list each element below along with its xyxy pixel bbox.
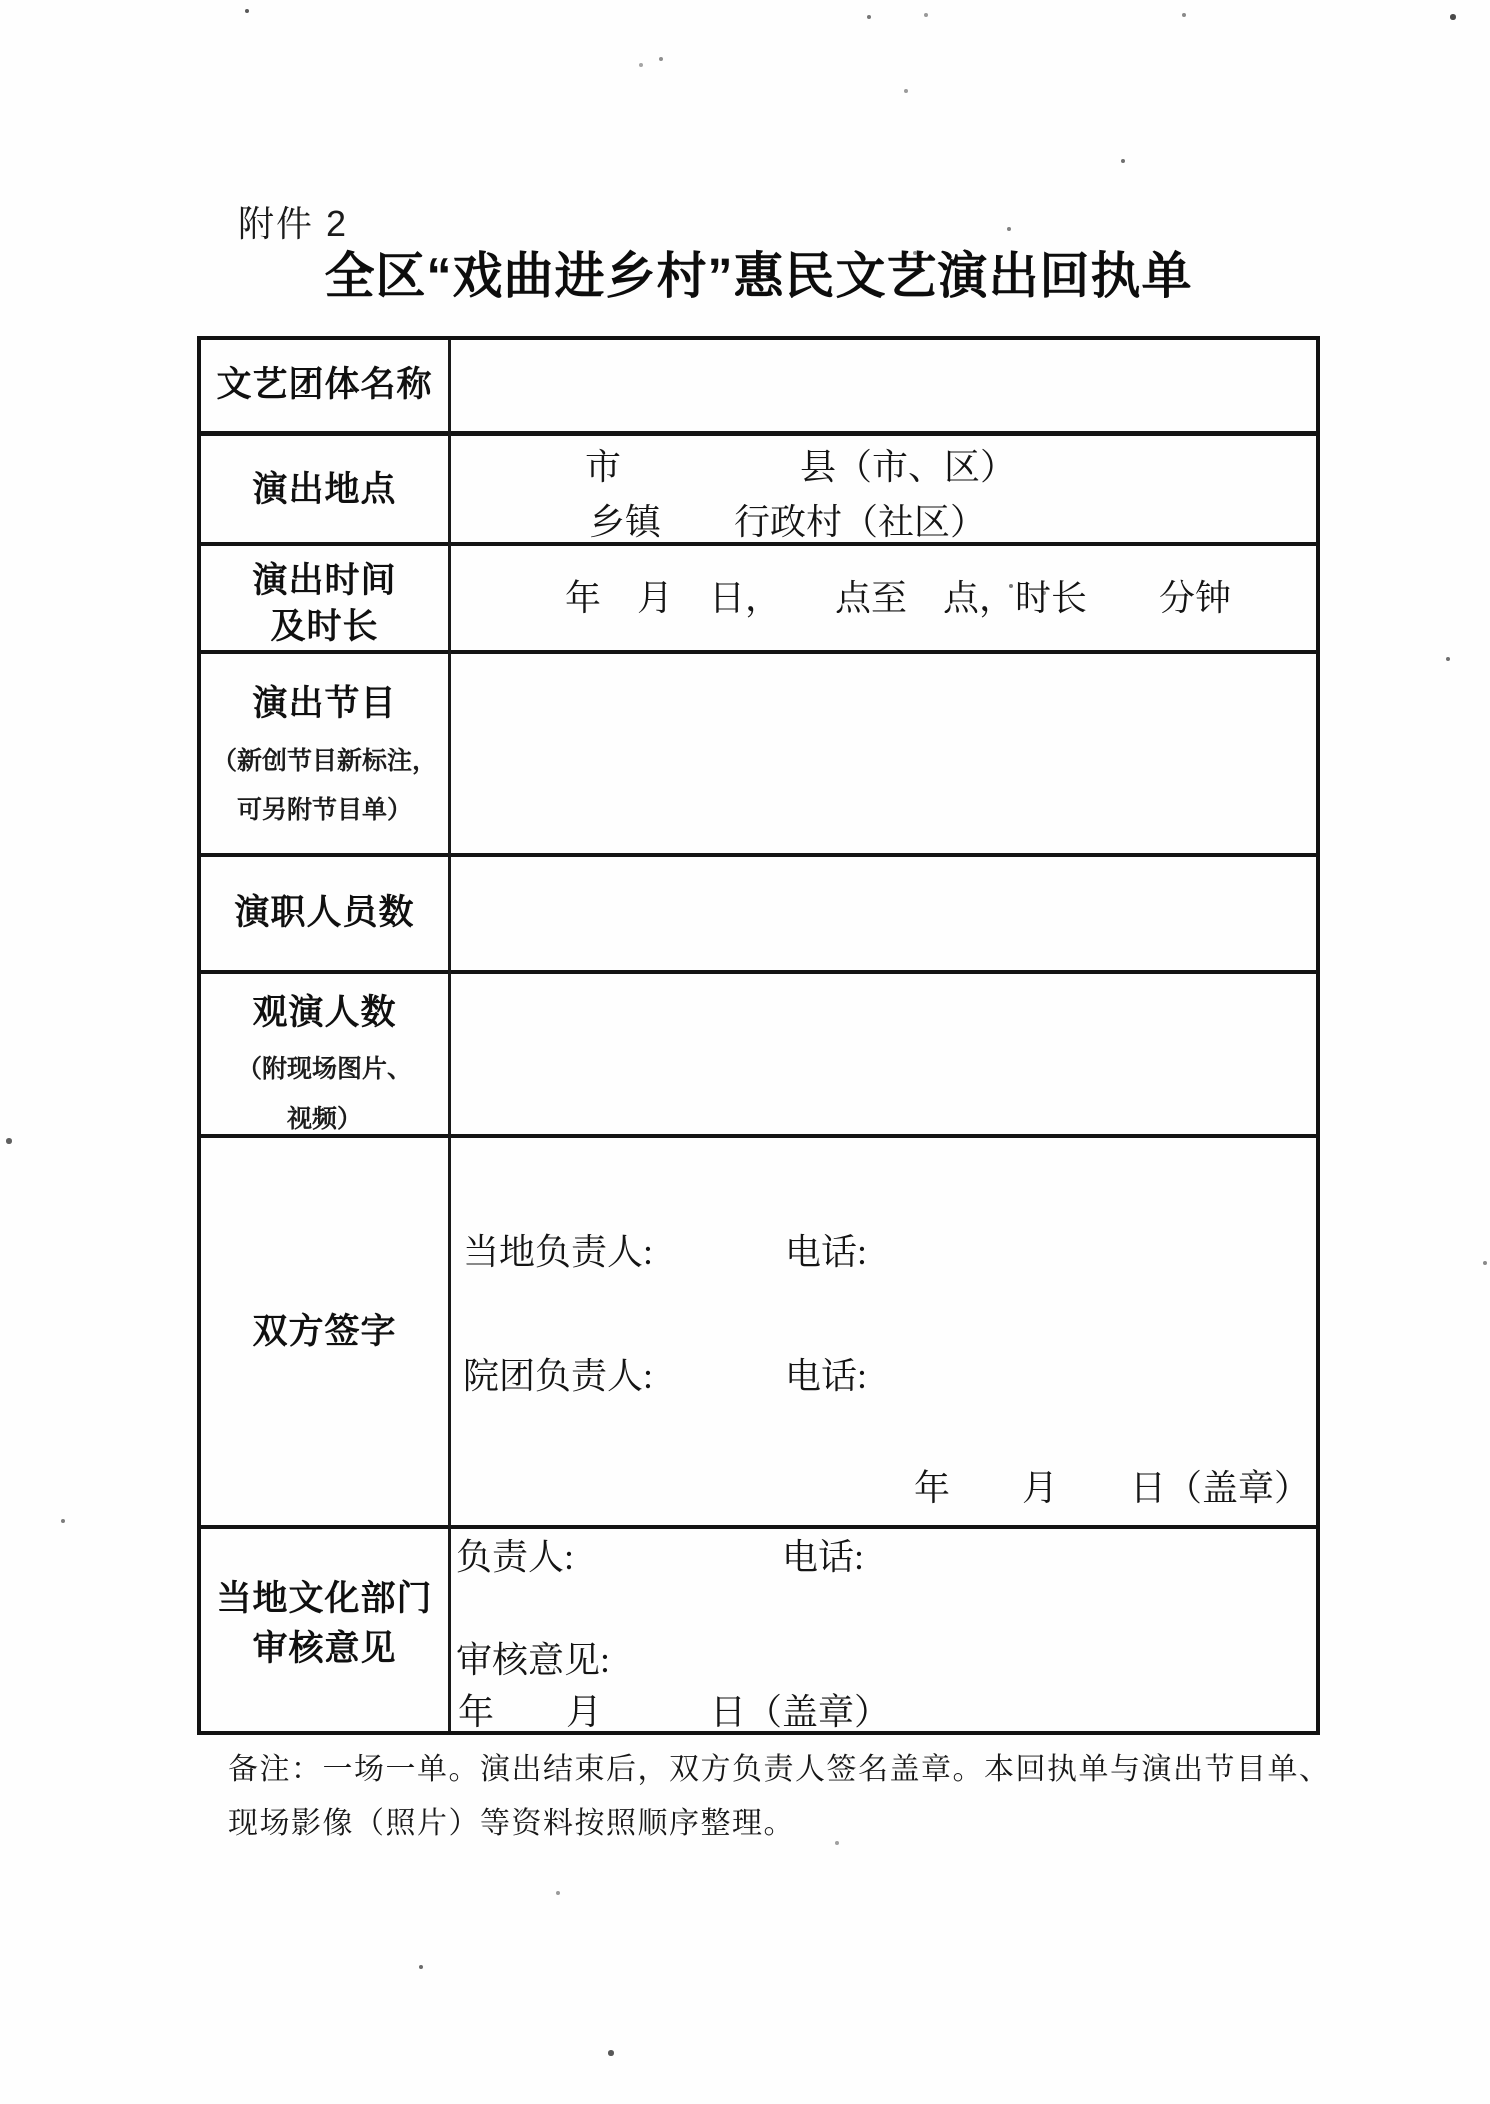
footer-note-line1: 备注：一场一单。演出结束后，双方负责人签名盖章。本回执单与演出节目单、 <box>228 1752 1331 1788</box>
row-label-troupe-name: 文艺团体名称 <box>201 366 448 405</box>
row-label-cast-count: 演职人员数 <box>201 894 448 933</box>
row-label-audience-note1: （附现场图片、 <box>201 1056 448 1084</box>
row-label-program-note1: （新创节目新标注， <box>201 748 448 776</box>
review-phone-label: 电话: <box>782 1537 864 1578</box>
row-label-time-line1: 演出时间 <box>201 562 448 601</box>
local-phone-label: 电话: <box>785 1232 867 1273</box>
row-label-program-note2: 可另附节目单） <box>201 797 448 825</box>
row-divider-4 <box>200 853 1317 857</box>
row-label-audience-count: 观演人数 <box>201 994 448 1033</box>
row-divider-6 <box>200 1134 1317 1138</box>
scan-noise <box>0 0 2 2</box>
row-divider-7 <box>200 1525 1317 1529</box>
signature-date-seal: 年 月 日（盖章） <box>914 1468 1310 1509</box>
row-label-review-line1: 当地文化部门 <box>201 1580 448 1619</box>
time-duration-blank: 年 月 日， 点至 点，时长 分钟 <box>565 578 1231 619</box>
footer-note-line2: 现场影像（照片）等资料按照顺序整理。 <box>228 1806 795 1842</box>
row-divider-3 <box>200 650 1317 654</box>
location-city-blank: 市 <box>585 447 621 488</box>
column-divider <box>448 340 451 1731</box>
attachment-label: 附件 2 <box>238 204 348 244</box>
troupe-phone-label: 电话: <box>785 1356 867 1397</box>
location-county-blank: 县（市、区） <box>800 447 1016 488</box>
row-label-location: 演出地点 <box>201 471 448 510</box>
row-label-review-line2: 审核意见 <box>201 1630 448 1669</box>
local-person-label: 当地负责人: <box>463 1232 653 1273</box>
row-label-time-line2: 及时长 <box>201 608 448 647</box>
review-opinion-label: 审核意见: <box>456 1640 610 1681</box>
scanned-form-page: 附件 2 全区“戏曲进乡村”惠民文艺演出回执单 文艺团体名称 演出地点 市 县（… <box>0 0 1490 2104</box>
location-township-blank: 乡镇 <box>589 502 661 543</box>
review-person-label: 负责人: <box>456 1537 574 1578</box>
row-label-program: 演出节目 <box>201 685 448 724</box>
row-divider-5 <box>200 970 1317 974</box>
form-table: 文艺团体名称 演出地点 市 县（市、区） 乡镇 行政村（社区） 演出时间 及时长… <box>197 336 1320 1735</box>
row-label-signatures: 双方签字 <box>201 1313 448 1352</box>
row-divider-1 <box>200 431 1317 436</box>
review-date-seal: 年 月 日（盖章） <box>458 1692 890 1733</box>
row-label-audience-note2: 视频） <box>201 1106 448 1134</box>
form-title: 全区“戏曲进乡村”惠民文艺演出回执单 <box>197 248 1320 306</box>
troupe-person-label: 院团负责人: <box>463 1356 653 1397</box>
location-village-blank: 行政村（社区） <box>734 502 986 543</box>
